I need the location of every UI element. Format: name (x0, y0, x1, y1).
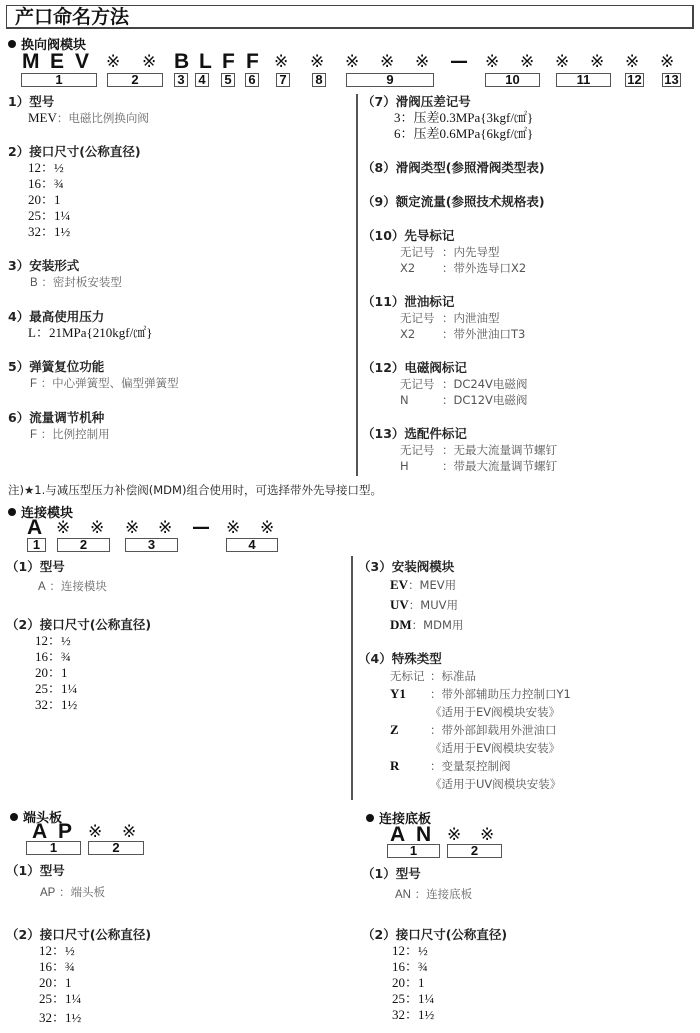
item-line: 无记号：无最大流量调节螺钉 (362, 442, 697, 458)
placeholder-mark-icon: ※ (106, 52, 120, 72)
position-box-6: 6 (245, 73, 259, 87)
section3-column: （1）型号 AP ：端头板 （2）接口尺寸(公称直径) 12：½ 16：¾ 20… (6, 863, 346, 1026)
placeholder-mark-icon: ※ (310, 52, 324, 72)
code-char: A (32, 822, 47, 842)
position-box-8: 8 (312, 73, 326, 87)
section2-left-column: （1）型号 A ：连接模块 （2）接口尺寸(公称直径) 12：½ 16：¾ 20… (6, 559, 346, 713)
item-heading-model: （1）型号 (6, 559, 346, 575)
section4-column: （1）型号 AN ：连接底板 （2）接口尺寸(公称直径) 12：½ 16：¾ 2… (362, 866, 697, 1023)
bullet-icon (8, 40, 16, 48)
placeholder-mark-icon: ※ (415, 52, 429, 72)
item-line: 16：¾ (6, 959, 346, 975)
placeholder-mark-icon: ※ (660, 52, 674, 72)
code-char: V (75, 52, 89, 72)
bullet-icon (366, 814, 374, 822)
item-heading-port-size: 2）接口尺寸(公称直径) (8, 144, 348, 160)
code-char: P (58, 822, 72, 842)
item-line: 无记号：内泄油型 (362, 310, 697, 326)
item-line: 25：1¼ (6, 681, 346, 697)
item-heading-spool-type: （8）滑阀类型(参照滑阀类型表) (362, 160, 697, 176)
item-heading-options: （13）选配件标记 (362, 426, 697, 442)
position-box-1: 1 (27, 538, 46, 552)
section1-right-column: （7）滑阀压差记号 3：压差0.3MPa{3kgf/㎠} 6：压差0.6MPa{… (362, 94, 697, 474)
position-box-4: 4 (195, 73, 209, 87)
item-line: 16：¾ (8, 176, 348, 192)
item-heading-pilot: （10）先导标记 (362, 228, 697, 244)
position-box-3: 3 (125, 538, 178, 552)
item-line: 无记号：内先导型 (362, 244, 697, 260)
dash-separator: — (450, 52, 468, 72)
placeholder-mark-icon: ※ (447, 825, 461, 845)
position-box-12: 12 (625, 73, 644, 87)
footnote: 注)★1.与减压型压力补偿阀(MDM)组合使用时，可选择带外先导接口型。 (8, 482, 382, 498)
item-line: 25：1¼ (362, 991, 697, 1007)
placeholder-mark-icon: ※ (125, 518, 139, 538)
item-heading-special-type: （4）特殊类型 (358, 651, 698, 667)
item-line: Y1：带外部辅助压力控制口Y1 (358, 685, 698, 703)
item-heading-port-size: （2）接口尺寸(公称直径) (362, 927, 697, 943)
placeholder-mark-icon: ※ (90, 518, 104, 538)
item-line: L：21MPa{210kgf/㎠} (8, 325, 348, 341)
item-heading-flow-adjust: 6）流量调节机种 (8, 410, 348, 426)
placeholder-mark-icon: ※ (480, 825, 494, 845)
position-box-11: 11 (556, 73, 611, 87)
code-char: M (22, 52, 40, 72)
model-code-row-4: A N ※ ※ 1 2 (350, 825, 690, 861)
item-heading-drain: （11）泄油标记 (362, 294, 697, 310)
item-heading-port-size: （2）接口尺寸(公称直径) (6, 927, 346, 943)
item-line: 20：1 (6, 665, 346, 681)
placeholder-mark-icon: ※ (142, 52, 156, 72)
placeholder-mark-icon: ※ (226, 518, 240, 538)
bullet-icon (10, 813, 18, 821)
page-title: 产口命名方法 (15, 6, 129, 28)
position-box-2: 2 (107, 73, 163, 87)
column-divider (356, 94, 358, 476)
dash-separator: — (192, 518, 210, 538)
section2-right-column: （3）安装阀模块 EV：MEV用 UV：MUV用 DM：MDM用 （4）特殊类型… (358, 559, 698, 793)
code-char: F (246, 52, 259, 72)
position-box-9: 9 (346, 73, 434, 87)
placeholder-mark-icon: ※ (122, 822, 136, 842)
item-line: 12：½ (6, 633, 346, 649)
item-heading-model: （1）型号 (362, 866, 697, 882)
item-heading-solenoid: （12）电磁阀标记 (362, 360, 697, 376)
code-char: E (50, 52, 64, 72)
placeholder-mark-icon: ※ (88, 822, 102, 842)
item-line: 20：1 (362, 975, 697, 991)
item-line: B ：密封板安装型 (8, 274, 348, 291)
item-line: 16：¾ (6, 649, 346, 665)
item-line: 12：½ (8, 160, 348, 176)
item-heading-port-size: （2）接口尺寸(公称直径) (6, 617, 346, 633)
item-line: X2：带外泄油口T3 (362, 326, 697, 342)
model-code-row-2: A ※ ※ ※ ※ — ※ ※ 1 2 3 4 (0, 518, 400, 554)
placeholder-mark-icon: ※ (380, 52, 394, 72)
item-line: 《适用于UV阀模块安装》 (358, 775, 698, 793)
placeholder-mark-icon: ※ (520, 52, 534, 72)
item-heading-model: （1）型号 (6, 863, 346, 879)
item-heading-mount-valve: （3）安装阀模块 (358, 559, 698, 575)
position-box-4: 4 (226, 538, 278, 552)
item-line: 32：1½ (8, 224, 348, 240)
item-line: N：DC12V电磁阀 (362, 392, 697, 408)
placeholder-mark-icon: ※ (260, 518, 274, 538)
item-line: A ：连接模块 (6, 578, 346, 595)
column-divider (351, 556, 353, 800)
code-char: F (222, 52, 235, 72)
item-line: 《适用于EV阀模块安装》 (358, 703, 698, 721)
position-box-13: 13 (662, 73, 681, 87)
item-line: AN ：连接底板 (362, 886, 697, 903)
item-line: 32：1½ (362, 1007, 697, 1023)
model-code-row-3: A P ※ ※ 1 2 (0, 822, 340, 858)
item-line: 6：压差0.6MPa{6kgf/㎠} (362, 126, 697, 142)
item-line: DM：MDM用 (358, 615, 698, 635)
item-line: 32：1½ (6, 697, 346, 713)
item-line: 无标记：标准品 (358, 667, 698, 685)
item-line: 12：½ (6, 943, 346, 959)
item-line: 32：1½ (6, 1010, 346, 1026)
position-box-10: 10 (485, 73, 540, 87)
placeholder-mark-icon: ※ (590, 52, 604, 72)
item-line: 无记号：DC24V电磁阀 (362, 376, 697, 392)
model-code-row-1: M E V ※ ※ B L F F ※ ※ ※ ※ ※ — ※ ※ ※ ※ ※ … (0, 52, 700, 88)
item-line: MEV：电磁比例换向阀 (8, 110, 348, 126)
code-char: A (27, 518, 42, 538)
item-line: 12：½ (362, 943, 697, 959)
item-heading-model: 1）型号 (8, 94, 348, 110)
item-line: UV：MUV用 (358, 595, 698, 615)
item-heading-pressure-diff: （7）滑阀压差记号 (362, 94, 697, 110)
position-box-1: 1 (387, 844, 440, 858)
item-line: X2：带外选导口X2 (362, 260, 697, 276)
item-line: EV：MEV用 (358, 575, 698, 595)
code-char: L (199, 52, 212, 72)
item-line: 16：¾ (362, 959, 697, 975)
title-box: 产口命名方法 (6, 5, 694, 29)
position-box-7: 7 (276, 73, 290, 87)
position-box-3: 3 (174, 73, 188, 87)
item-line: H：带最大流量调节螺钉 (362, 458, 697, 474)
position-box-1: 1 (26, 841, 81, 855)
placeholder-mark-icon: ※ (158, 518, 172, 538)
position-box-1: 1 (21, 73, 97, 87)
item-line: 20：1 (6, 975, 346, 991)
placeholder-mark-icon: ※ (485, 52, 499, 72)
placeholder-mark-icon: ※ (345, 52, 359, 72)
item-line: F ：比例控制用 (8, 426, 348, 443)
placeholder-mark-icon: ※ (625, 52, 639, 72)
code-char: A (390, 825, 405, 845)
placeholder-mark-icon: ※ (274, 52, 288, 72)
code-char: N (416, 825, 431, 845)
section1-left-column: 1）型号 MEV：电磁比例换向阀 2）接口尺寸(公称直径) 12：½ 16：¾ … (8, 94, 348, 443)
item-line: 25：1¼ (6, 991, 346, 1007)
position-box-2: 2 (88, 841, 144, 855)
position-box-2: 2 (447, 844, 502, 858)
item-line: F ：中心弹簧型、偏型弹簧型 (8, 375, 348, 392)
item-line: 20：1 (8, 192, 348, 208)
position-box-5: 5 (221, 73, 235, 87)
item-heading-spring-return: 5）弹簧复位功能 (8, 359, 348, 375)
item-line: Z：带外部卸载用外泄油口 (358, 721, 698, 739)
item-line: 《适用于EV阀模块安装》 (358, 739, 698, 757)
item-heading-max-pressure: 4）最高使用压力 (8, 309, 348, 325)
item-line: 3：压差0.3MPa{3kgf/㎠} (362, 110, 697, 126)
item-line: AP ：端头板 (6, 884, 346, 901)
placeholder-mark-icon: ※ (555, 52, 569, 72)
item-line: R：变量泵控制阀 (358, 757, 698, 775)
placeholder-mark-icon: ※ (56, 518, 70, 538)
position-box-2: 2 (57, 538, 110, 552)
code-char: B (174, 52, 189, 72)
item-line: 25：1¼ (8, 208, 348, 224)
bullet-icon (8, 508, 16, 516)
item-heading-mounting: 3）安装形式 (8, 258, 348, 274)
item-heading-rated-flow: （9）额定流量(参照技术规格表) (362, 194, 697, 210)
